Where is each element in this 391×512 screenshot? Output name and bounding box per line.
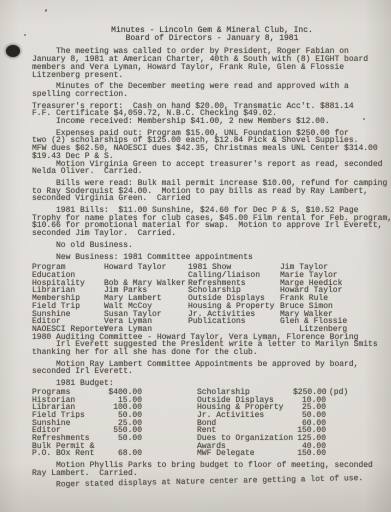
paragraph-opening: The meeting was called to order by Presi…	[32, 48, 391, 79]
budget-item: Bond	[142, 420, 293, 428]
budget-row: P.O. BOx Rent 68.00 MWF Delegate 150.00	[32, 450, 391, 458]
budget-amount: 68.00	[107, 450, 142, 458]
budget-heading: 1981 Budget:	[32, 380, 391, 388]
committee-approval-motion: Motion Ray Lambert Committee Appointment…	[32, 361, 391, 376]
scan-speckle	[24, 34, 26, 36]
paragraph-no-old-business: No old Business.	[32, 242, 391, 250]
budget-paid-note	[326, 404, 391, 412]
budget-paid-note	[326, 427, 391, 435]
budget-item: P.O. BOx Rent	[32, 450, 107, 458]
budget-amount: 150.00	[293, 450, 326, 458]
punch-hole-mark	[6, 45, 20, 57]
scanned-minutes-page: Minutes - Lincoln Gem & Mineral Club, In…	[0, 0, 391, 512]
budget-paid-note	[326, 435, 391, 443]
paragraph-1981-bills: 1981 Bills: $11.00 Sunshine, $24.60 for …	[32, 207, 391, 238]
budget-item: Jr. Activities	[142, 412, 293, 420]
paragraph-expenses: Expenses paid out: Program $15.00, UNL F…	[32, 130, 391, 176]
committee-role: Publications	[188, 318, 280, 326]
document-date-line: Board of Directors - January 8, 1981	[32, 35, 391, 43]
paragraph-treasurers-report: Treasurer's report: Cash on hand $20.00,…	[32, 103, 391, 126]
budget-item: MWF Delegate	[142, 450, 293, 458]
paragraph-december-minutes: Minutes of the December meeting were rea…	[32, 83, 391, 98]
budget-paid-note	[326, 443, 391, 451]
scan-speckle	[44, 9, 47, 13]
budget-paid-note: (pd)	[326, 389, 391, 397]
budget-amount: 50.00	[107, 435, 142, 443]
budget-paid-note	[326, 450, 391, 458]
new-business-heading: New Business: 1981 Committee appointment…	[32, 254, 391, 262]
budget-table: Programs $400.00 Scholarship $250.00 (pd…	[32, 389, 391, 458]
paragraph-bills-read: Bills were read: Bulk mail permit increa…	[32, 180, 391, 203]
budget-paid-note	[326, 420, 391, 428]
document-body: Minutes - Lincoln Gem & Mineral Club, In…	[32, 27, 391, 493]
budget-paid-note	[326, 397, 391, 405]
budget-paid-note	[326, 412, 391, 420]
committee-appointments-table: Program Howard Taylor 1981 Show Jim Tayl…	[32, 264, 391, 333]
auditing-committee-note: 1980 Auditing Committee - Howard Taylor,…	[32, 334, 391, 357]
document-header: Minutes - Lincoln Gem & Mineral Club, In…	[32, 27, 391, 42]
committee-person: Howard Taylor	[104, 264, 188, 272]
